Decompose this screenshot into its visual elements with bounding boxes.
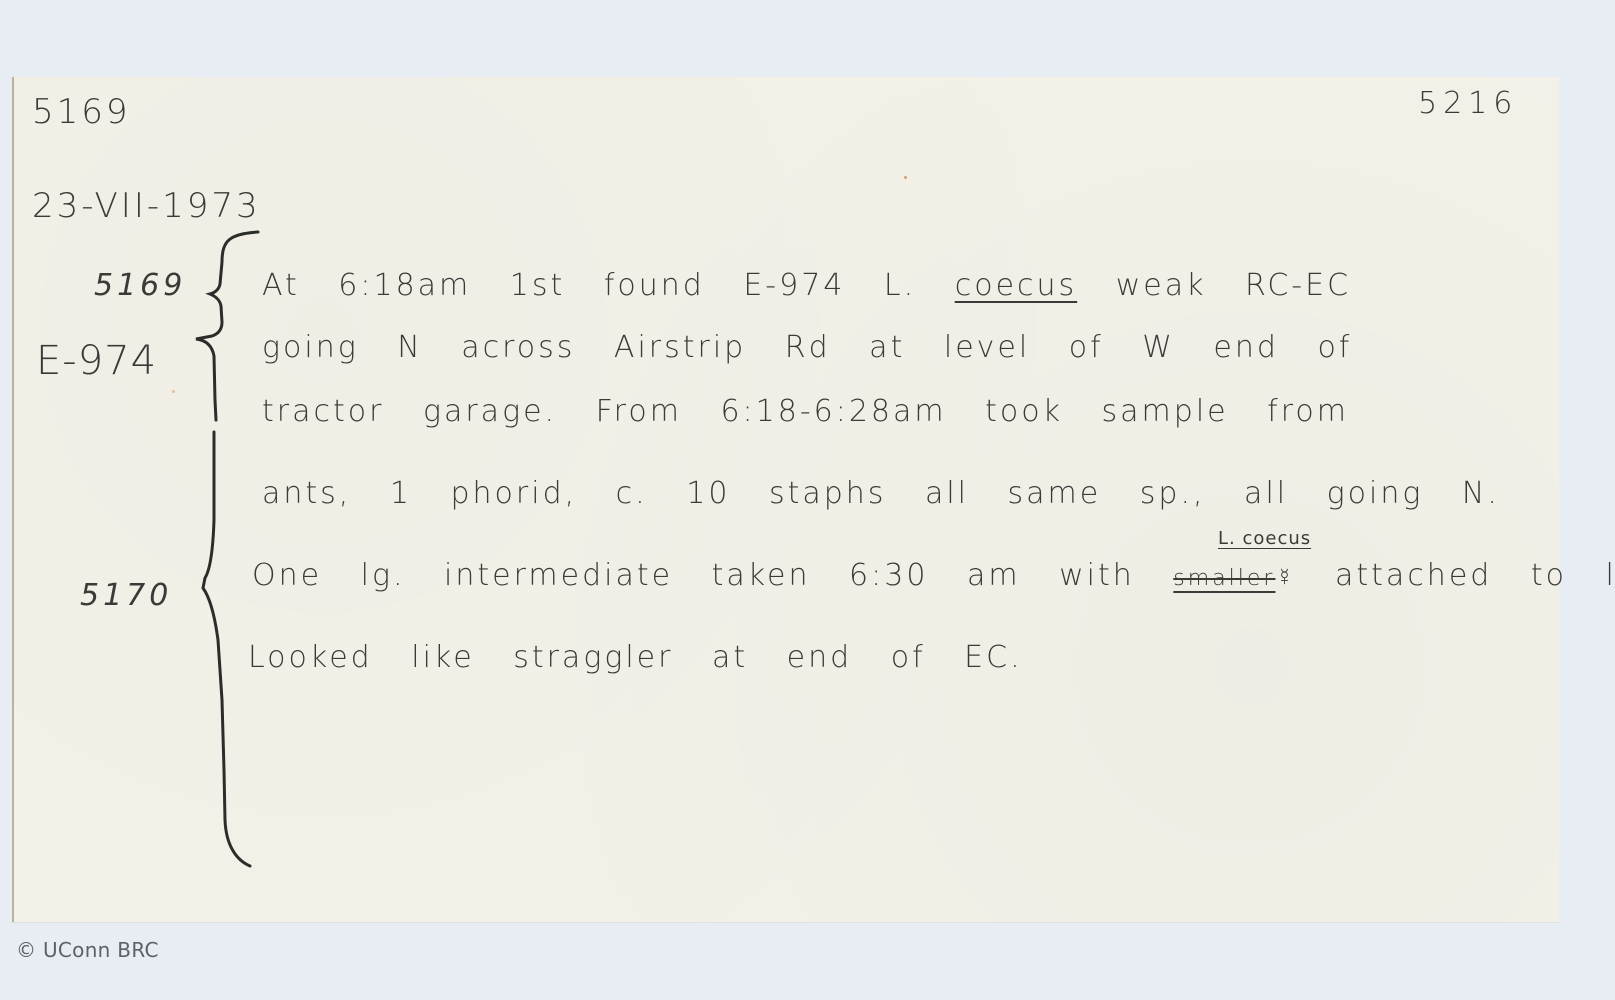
paper-speck: [904, 176, 907, 179]
top-left-number: 5169: [32, 92, 131, 132]
line-5-tail: attached to leg.: [1296, 558, 1615, 593]
insertion-above: L. coecus: [1218, 528, 1311, 549]
note-line-4: ants, 1 phorid, c. 10 staphs all same sp…: [262, 476, 1500, 511]
line-1-tail: weak RC-EC: [1077, 268, 1351, 303]
line-5-text: One lg. intermediate taken 6:30 am with: [252, 558, 1173, 593]
margin-number-5169: 5169: [94, 268, 186, 303]
genus-abbrev: L.: [884, 268, 955, 303]
date: 23-VII-1973: [32, 186, 261, 226]
struck-word: smaller: [1173, 566, 1275, 591]
note-line-1: At 6:18am 1st found E-974 L. coecus weak…: [262, 268, 1351, 303]
margin-number-5170: 5170: [80, 578, 172, 613]
note-line-2: going N across Airstrip Rd at level of W…: [262, 330, 1352, 365]
note-line-3: tractor garage. From 6:18-6:28am took sa…: [262, 394, 1349, 429]
note-line-6: Looked like straggler at end of EC.: [248, 640, 1023, 675]
note-line-5: One lg. intermediate taken 6:30 am with …: [252, 558, 1615, 593]
worker-symbol-icon: ☿: [1275, 563, 1296, 591]
species-name: coecus: [955, 268, 1077, 303]
colony-id: E-974: [36, 338, 157, 384]
line-1-text: At 6:18am 1st found E-974: [262, 268, 884, 303]
copyright-watermark: © UConn BRC: [16, 938, 159, 962]
paper-speck: [172, 390, 175, 393]
top-right-number: 5216: [1418, 86, 1518, 121]
